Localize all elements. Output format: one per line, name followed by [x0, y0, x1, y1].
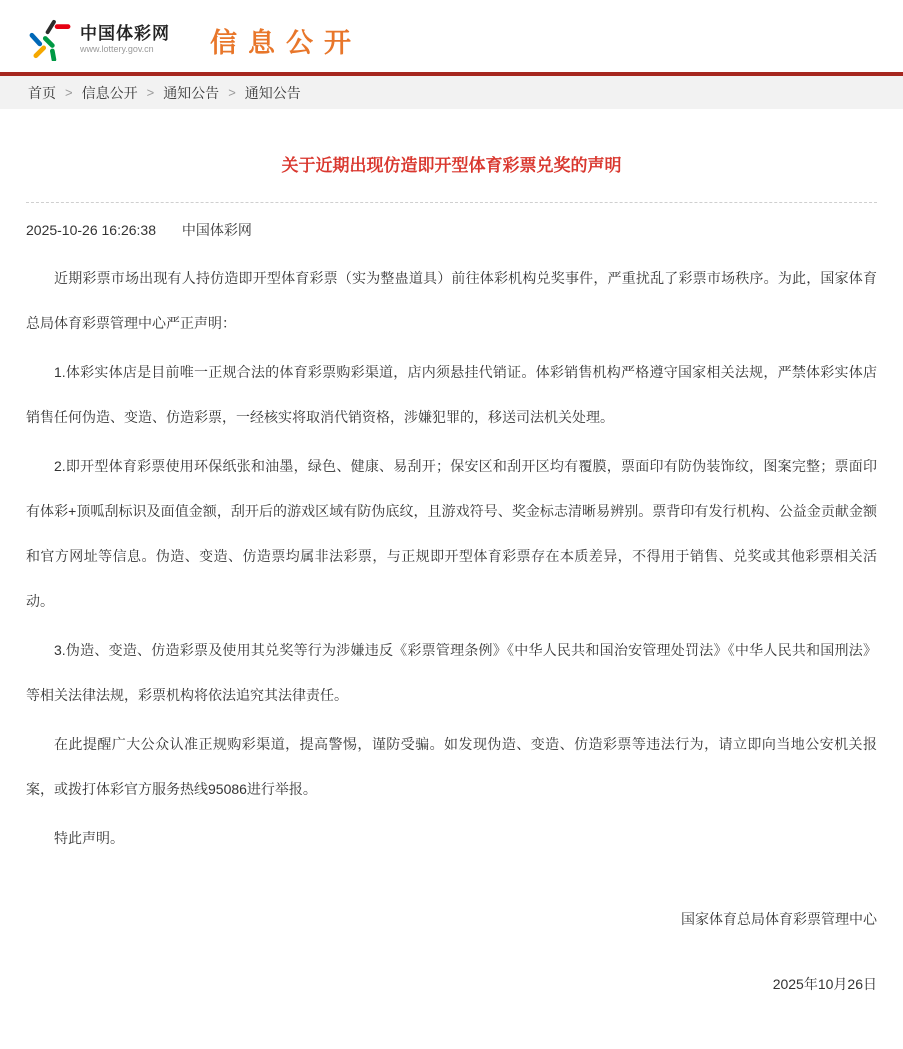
breadcrumb-item-info-disclosure[interactable]: 信息公开	[82, 83, 138, 103]
breadcrumb-separator: >	[147, 85, 155, 100]
article: 关于近期出现仿造即开型体育彩票兑奖的声明 2025-10-26 16:26:38…	[0, 151, 903, 994]
paragraph-reminder: 在此提醒广大公众认准正规购彩渠道，提高警惕，谨防受骗。如发现伪造、变造、仿造彩票…	[26, 722, 877, 812]
paragraph-point-1: 1.体彩实体店是目前唯一正规合法的体育彩票购彩渠道，店内须悬挂代销证。体彩销售机…	[26, 350, 877, 440]
logo-url: www.lottery.gov.cn	[80, 45, 170, 55]
breadcrumb-item-current: 通知公告	[245, 83, 301, 103]
site-logo[interactable]: 中国体彩网 www.lottery.gov.cn	[28, 19, 170, 61]
breadcrumb: 首页 > 信息公开 > 通知公告 > 通知公告	[0, 76, 903, 109]
signature-date: 2025年10月26日	[26, 974, 877, 994]
signature-block: 国家体育总局体育彩票管理中心 2025年10月26日	[26, 909, 877, 994]
section-title: 信息公开	[210, 21, 362, 60]
article-title: 关于近期出现仿造即开型体育彩票兑奖的声明	[26, 151, 877, 176]
paragraph-intro: 近期彩票市场出现有人持仿造即开型体育彩票（实为整蛊道具）前往体彩机构兑奖事件，严…	[26, 256, 877, 346]
publish-source: 中国体彩网	[182, 222, 252, 238]
paragraph-point-3: 3.伪造、变造、仿造彩票及使用其兑奖等行为涉嫌违反《彩票管理条例》《中华人民共和…	[26, 628, 877, 718]
breadcrumb-item-notices[interactable]: 通知公告	[163, 83, 219, 103]
logo-title: 中国体彩网	[80, 25, 170, 44]
sports-lottery-logo-icon	[28, 19, 72, 61]
breadcrumb-separator: >	[65, 85, 73, 100]
breadcrumb-item-home[interactable]: 首页	[28, 83, 56, 103]
article-meta: 2025-10-26 16:26:38 中国体彩网	[26, 220, 877, 240]
page: 中国体彩网 www.lottery.gov.cn 信息公开 首页 > 信息公开 …	[0, 0, 903, 1049]
publish-datetime: 2025-10-26 16:26:38	[26, 222, 156, 238]
dashed-separator	[26, 202, 877, 203]
article-body: 近期彩票市场出现有人持仿造即开型体育彩票（实为整蛊道具）前往体彩机构兑奖事件，严…	[26, 256, 877, 861]
paragraph-point-2: 2.即开型体育彩票使用环保纸张和油墨，绿色、健康、易刮开；保安区和刮开区均有覆膜…	[26, 444, 877, 624]
signature-organization: 国家体育总局体育彩票管理中心	[26, 909, 877, 929]
site-header: 中国体彩网 www.lottery.gov.cn 信息公开	[0, 0, 903, 72]
paragraph-closing: 特此声明。	[26, 816, 877, 861]
logo-text-block: 中国体彩网 www.lottery.gov.cn	[80, 25, 170, 56]
breadcrumb-separator: >	[228, 85, 236, 100]
